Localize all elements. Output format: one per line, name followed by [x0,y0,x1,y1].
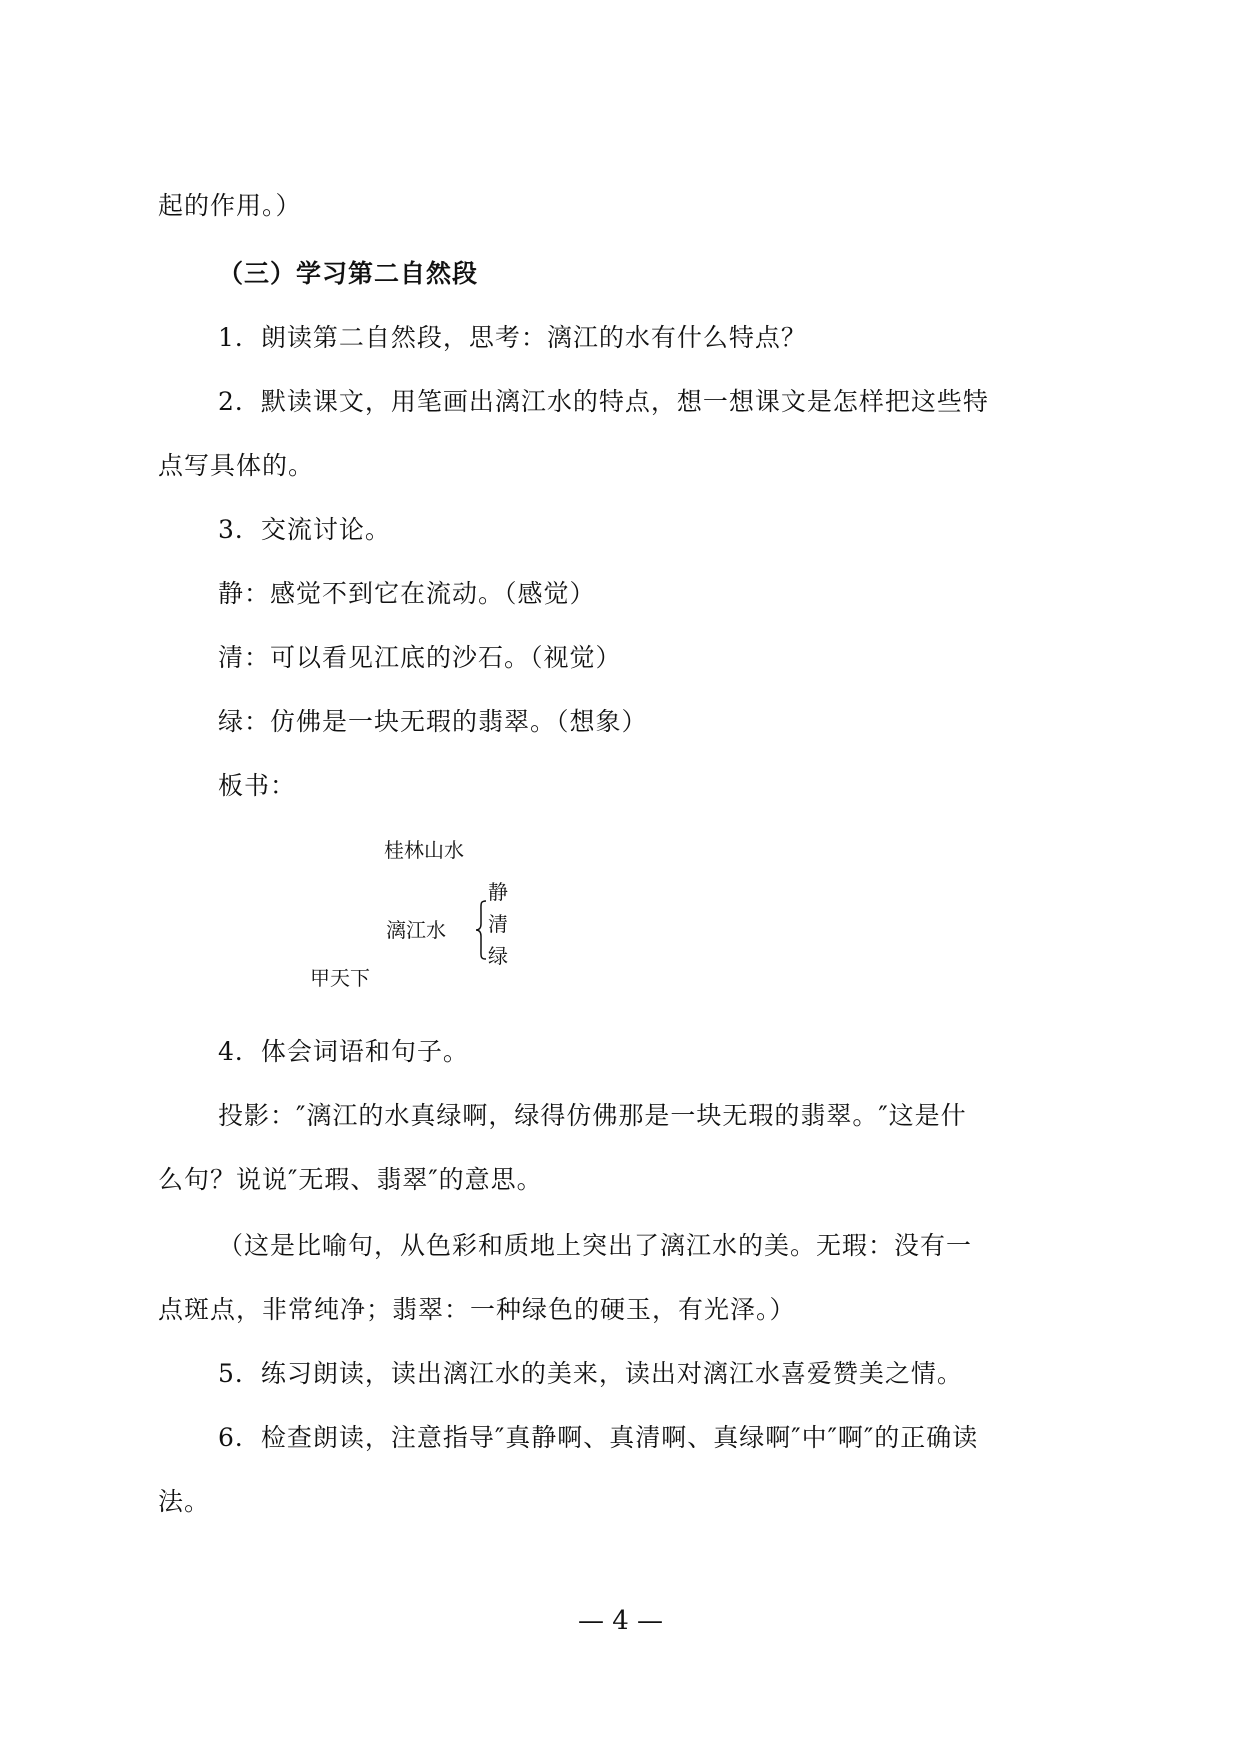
feature-calm: 静：感觉不到它在流动。（感觉） [218,578,596,610]
diagram-feature-green: 绿 [488,944,508,968]
diagram-middle-text: 漓江水 [386,918,446,942]
projection-text: 投影：″漓江的水真绿啊，绿得仿佛那是一块无瑕的翡翠。″这是什 [218,1100,967,1132]
diagram-feature-clear: 清 [488,912,508,936]
step-2-continued: 点写具体的。 [158,450,314,482]
step-3: 3．交流讨论。 [218,514,391,546]
step-6: 6．检查朗读，注意指导″真静啊、真清啊、真绿啊″中″啊″的正确读 [218,1422,978,1454]
step-6-continued: 法。 [158,1486,210,1518]
paragraph-continuation: 起的作用。） [158,190,302,222]
blackboard-label: 板书： [218,770,296,802]
explanation-text: （这是比喻句，从色彩和质地上突出了漓江水的美。无瑕：没有一 [218,1230,972,1262]
curly-brace-icon [474,900,488,960]
diagram-feature-calm: 静 [488,880,508,904]
projection-text-continued: 么句？说说″无瑕、翡翠″的意思。 [158,1164,543,1196]
step-4: 4．体会词语和句子。 [218,1036,469,1068]
step-5: 5．练习朗读，读出漓江水的美来，读出对漓江水喜爱赞美之情。 [218,1358,963,1390]
explanation-text-continued: 点斑点，非常纯净；翡翠：一种绿色的硬玉，有光泽。） [158,1294,796,1326]
diagram-bottom-text: 甲天下 [310,966,370,990]
step-1: 1．朗读第二自然段，思考：漓江的水有什么特点？ [218,322,807,354]
section-heading: （三）学习第二自然段 [218,258,478,290]
diagram-top-text: 桂林山水 [384,838,464,862]
feature-green: 绿：仿佛是一块无瑕的翡翠。（想象） [218,706,648,738]
feature-clear: 清：可以看见江底的沙石。（视觉） [218,642,622,674]
step-2: 2．默读课文，用笔画出漓江水的特点，想一想课文是怎样把这些特 [218,386,989,418]
page-number: — 4 — [0,1606,1241,1636]
